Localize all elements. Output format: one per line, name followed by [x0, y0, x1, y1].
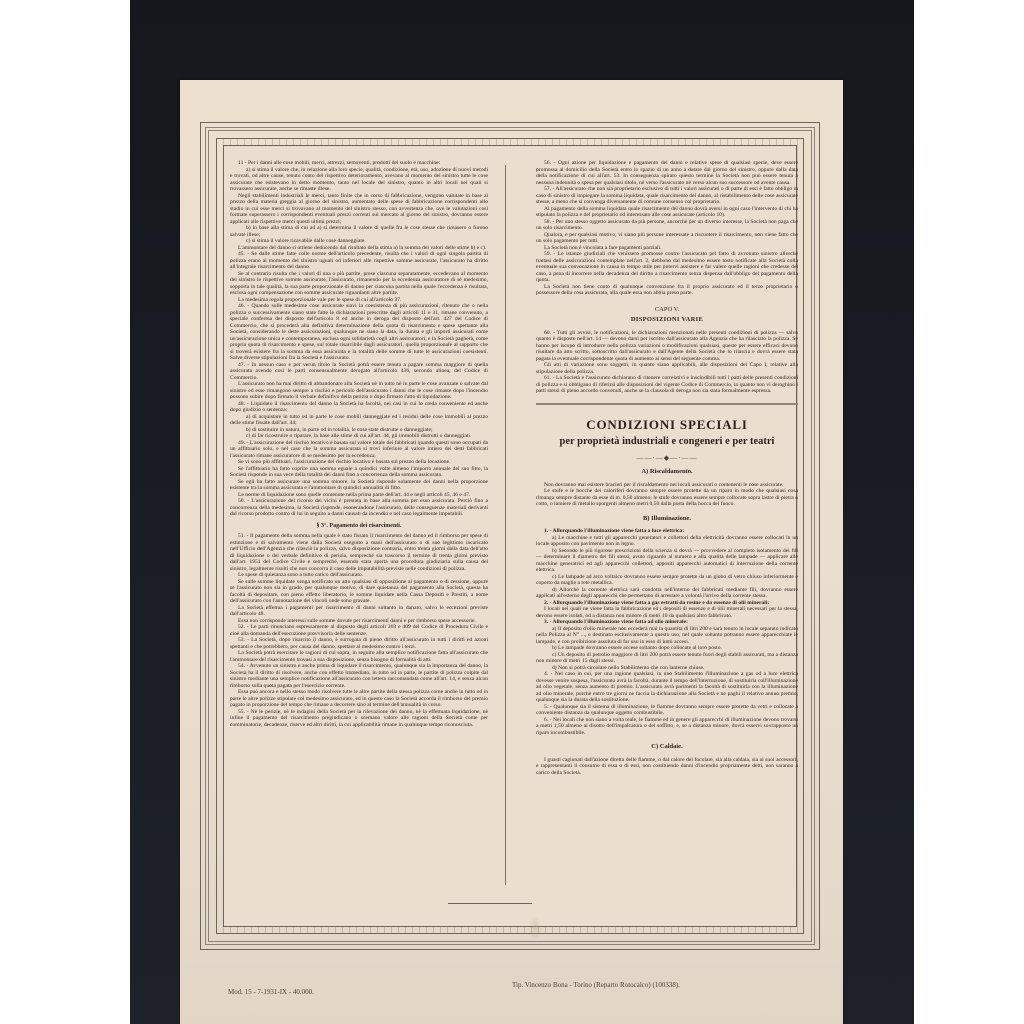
paragraph: Negli stabilimenti industriali le merci,… [230, 193, 488, 226]
paragraph: 47. - In nessun caso e per verun titolo … [230, 362, 488, 382]
paper-stain [528, 915, 542, 941]
footer-model-number: Mod. 15 - 7-1931-IX - 40.000. [228, 988, 314, 996]
paragraph: a) di acquistare in tutto od in parte le… [230, 414, 488, 427]
paragraph: 58. - Per uno stesso oggetto assicurato … [536, 219, 798, 232]
paragraph: 52. - Le parti rinunciano espressamente … [230, 624, 488, 637]
special-conditions-subtitle: per proprietà industriali e congeneri e … [536, 435, 798, 449]
paragraph: b) in base alla stima di cui ad a) si de… [230, 225, 488, 238]
section-c-paragraphs: I guasti cagionati dall'azione diretta d… [536, 757, 798, 777]
paragraph: b) Secondo le più rigorose prescrizioni … [536, 548, 798, 574]
paragraph: c) Le lampade ad arco voltaico dovranno … [536, 574, 798, 587]
capo-subtitle: DISPOSIZIONI VARIE [536, 317, 798, 324]
paragraph: 60. - Tutti gli avvisi, le notificazioni… [536, 330, 798, 363]
paragraph: La Società potrà esercitare le ragioni d… [230, 650, 488, 663]
column-divider [505, 165, 506, 885]
capo-paragraphs: 60. - Tutti gli avvisi, le notificazioni… [536, 330, 798, 395]
section-b-title: B) Illuminazione. [536, 516, 798, 523]
paragraph: Essa può ancora e nello stesso modo riso… [230, 689, 488, 709]
section-c-title: C) Caldaie. [536, 744, 798, 751]
section-a-paragraphs: Non dovranno mai esistere bracieri per i… [536, 482, 798, 508]
paragraph: Se egli ha fatto assicurare una somma mi… [230, 479, 488, 492]
paragraph: c) di far ricostruire o riparare, in bas… [230, 433, 488, 440]
pagamento-paragraphs: 51. - Il pagamento della somma nella qua… [230, 533, 488, 728]
paragraph: d) Allorchè la corrente elettrica sarà c… [536, 587, 798, 600]
left-column: 11 - Per i danni alle cose mobili, merci… [230, 160, 488, 728]
paragraph: La Società non tiene conto di qualunque … [536, 284, 798, 297]
paragraph: a) si stima il valore che, in relazione … [230, 167, 488, 193]
paragraph: 49. - L'assicurazione del rischio locati… [230, 440, 488, 460]
paragraph: 61. - La Società e l'assicurato dichiara… [536, 375, 798, 395]
section-a-title: A) Riscaldamento. [536, 469, 798, 476]
paragraph: Gli atti di variazione sono soggetti, in… [536, 362, 798, 375]
section-b-paragraphs: 1. - Allorquando l'illuminazione viene f… [536, 528, 798, 736]
paragraph: 57. - All'assicurato che non sia proprie… [536, 186, 798, 206]
paragraph: 46. - Quando sulle medesime cose assicur… [230, 303, 488, 362]
right-paragraphs: 56. - Ogni azione per liquidazione e pag… [536, 160, 798, 297]
paragraph: Qualora, e per qualsiasi motivo, vi sian… [536, 232, 798, 245]
section-rule [536, 403, 798, 405]
paragraph: 54. - Avvenuto un sinistro e anche prima… [230, 663, 488, 689]
capo-title: CAPO V. [536, 307, 798, 314]
paragraph: 59. - Le istanze giudiziali che venisser… [536, 251, 798, 284]
paragraph: a) Le macchine e tutti gli apparecchi ge… [536, 535, 798, 548]
paragraph: I guasti cagionati dall'azione diretta d… [536, 757, 798, 777]
paragraph: L'assicurato non ha mai diritto di abban… [230, 381, 488, 401]
paragraph: Se l'affittuario ha fatto coprire una so… [230, 466, 488, 479]
paragraph: 55. - Nè le perizie, nè le indagini dell… [230, 709, 488, 729]
end-rule [448, 903, 532, 904]
paragraph: 4. - Nel caso in cui, per una ragione qu… [536, 671, 798, 704]
paragraph: I locali nei quali ne viene fatta la fab… [536, 606, 798, 619]
paragraph: a) Il deposito d'olio minerale non ecced… [536, 626, 798, 646]
footer-printer: Tip. Vincenzo Bona - Torino (Reparto Rot… [512, 981, 680, 989]
paragraph: Se sulle somme liquidate venga notificat… [230, 579, 488, 605]
paragraph: c) Un deposito di petrolio maggiore di l… [536, 652, 798, 665]
right-column: 56. - Ogni azione per liquidazione e pag… [536, 160, 798, 776]
paragraph: 50. - L'assicurazione del ricorso dei vi… [230, 498, 488, 518]
paragraph: 5. - Qualunque sia il sistema di illumin… [536, 704, 798, 717]
paragraph: 6. - Nei locali che non siano a volta re… [536, 717, 798, 737]
ornament-divider: ——·—◆—·—— [536, 455, 798, 462]
paragraph: 53. - La Società, dopo risarcito il dann… [230, 637, 488, 650]
paragraph: Le stufe e le bocche dei caloriferi dovr… [536, 488, 798, 508]
section-title-pagamento: § 3°. Pagamento dei risarcimenti. [230, 523, 488, 530]
paragraph: 48. - Liquidato il risarcimento del dann… [230, 401, 488, 414]
paragraph: 45. - Se dalle stime fatte colle norme d… [230, 251, 488, 271]
paragraph: Al pagamento della somma liquidata quale… [536, 206, 798, 219]
paragraph: 51. - Il pagamento della somma nella qua… [230, 533, 488, 572]
paragraph: Se al contrario risulta che i valori di … [230, 271, 488, 297]
special-conditions-title: CONDIZIONI SPECIALI [536, 417, 798, 433]
paragraph: 56. - Ogni azione per liquidazione e pag… [536, 160, 798, 186]
paragraph: La Società effettua i pagamenti per risa… [230, 605, 488, 618]
left-paragraphs: 11 - Per i danni alle cose mobili, merci… [230, 160, 488, 518]
paragraph: Se vi sono più affittuari, l'assicurazio… [230, 459, 488, 466]
